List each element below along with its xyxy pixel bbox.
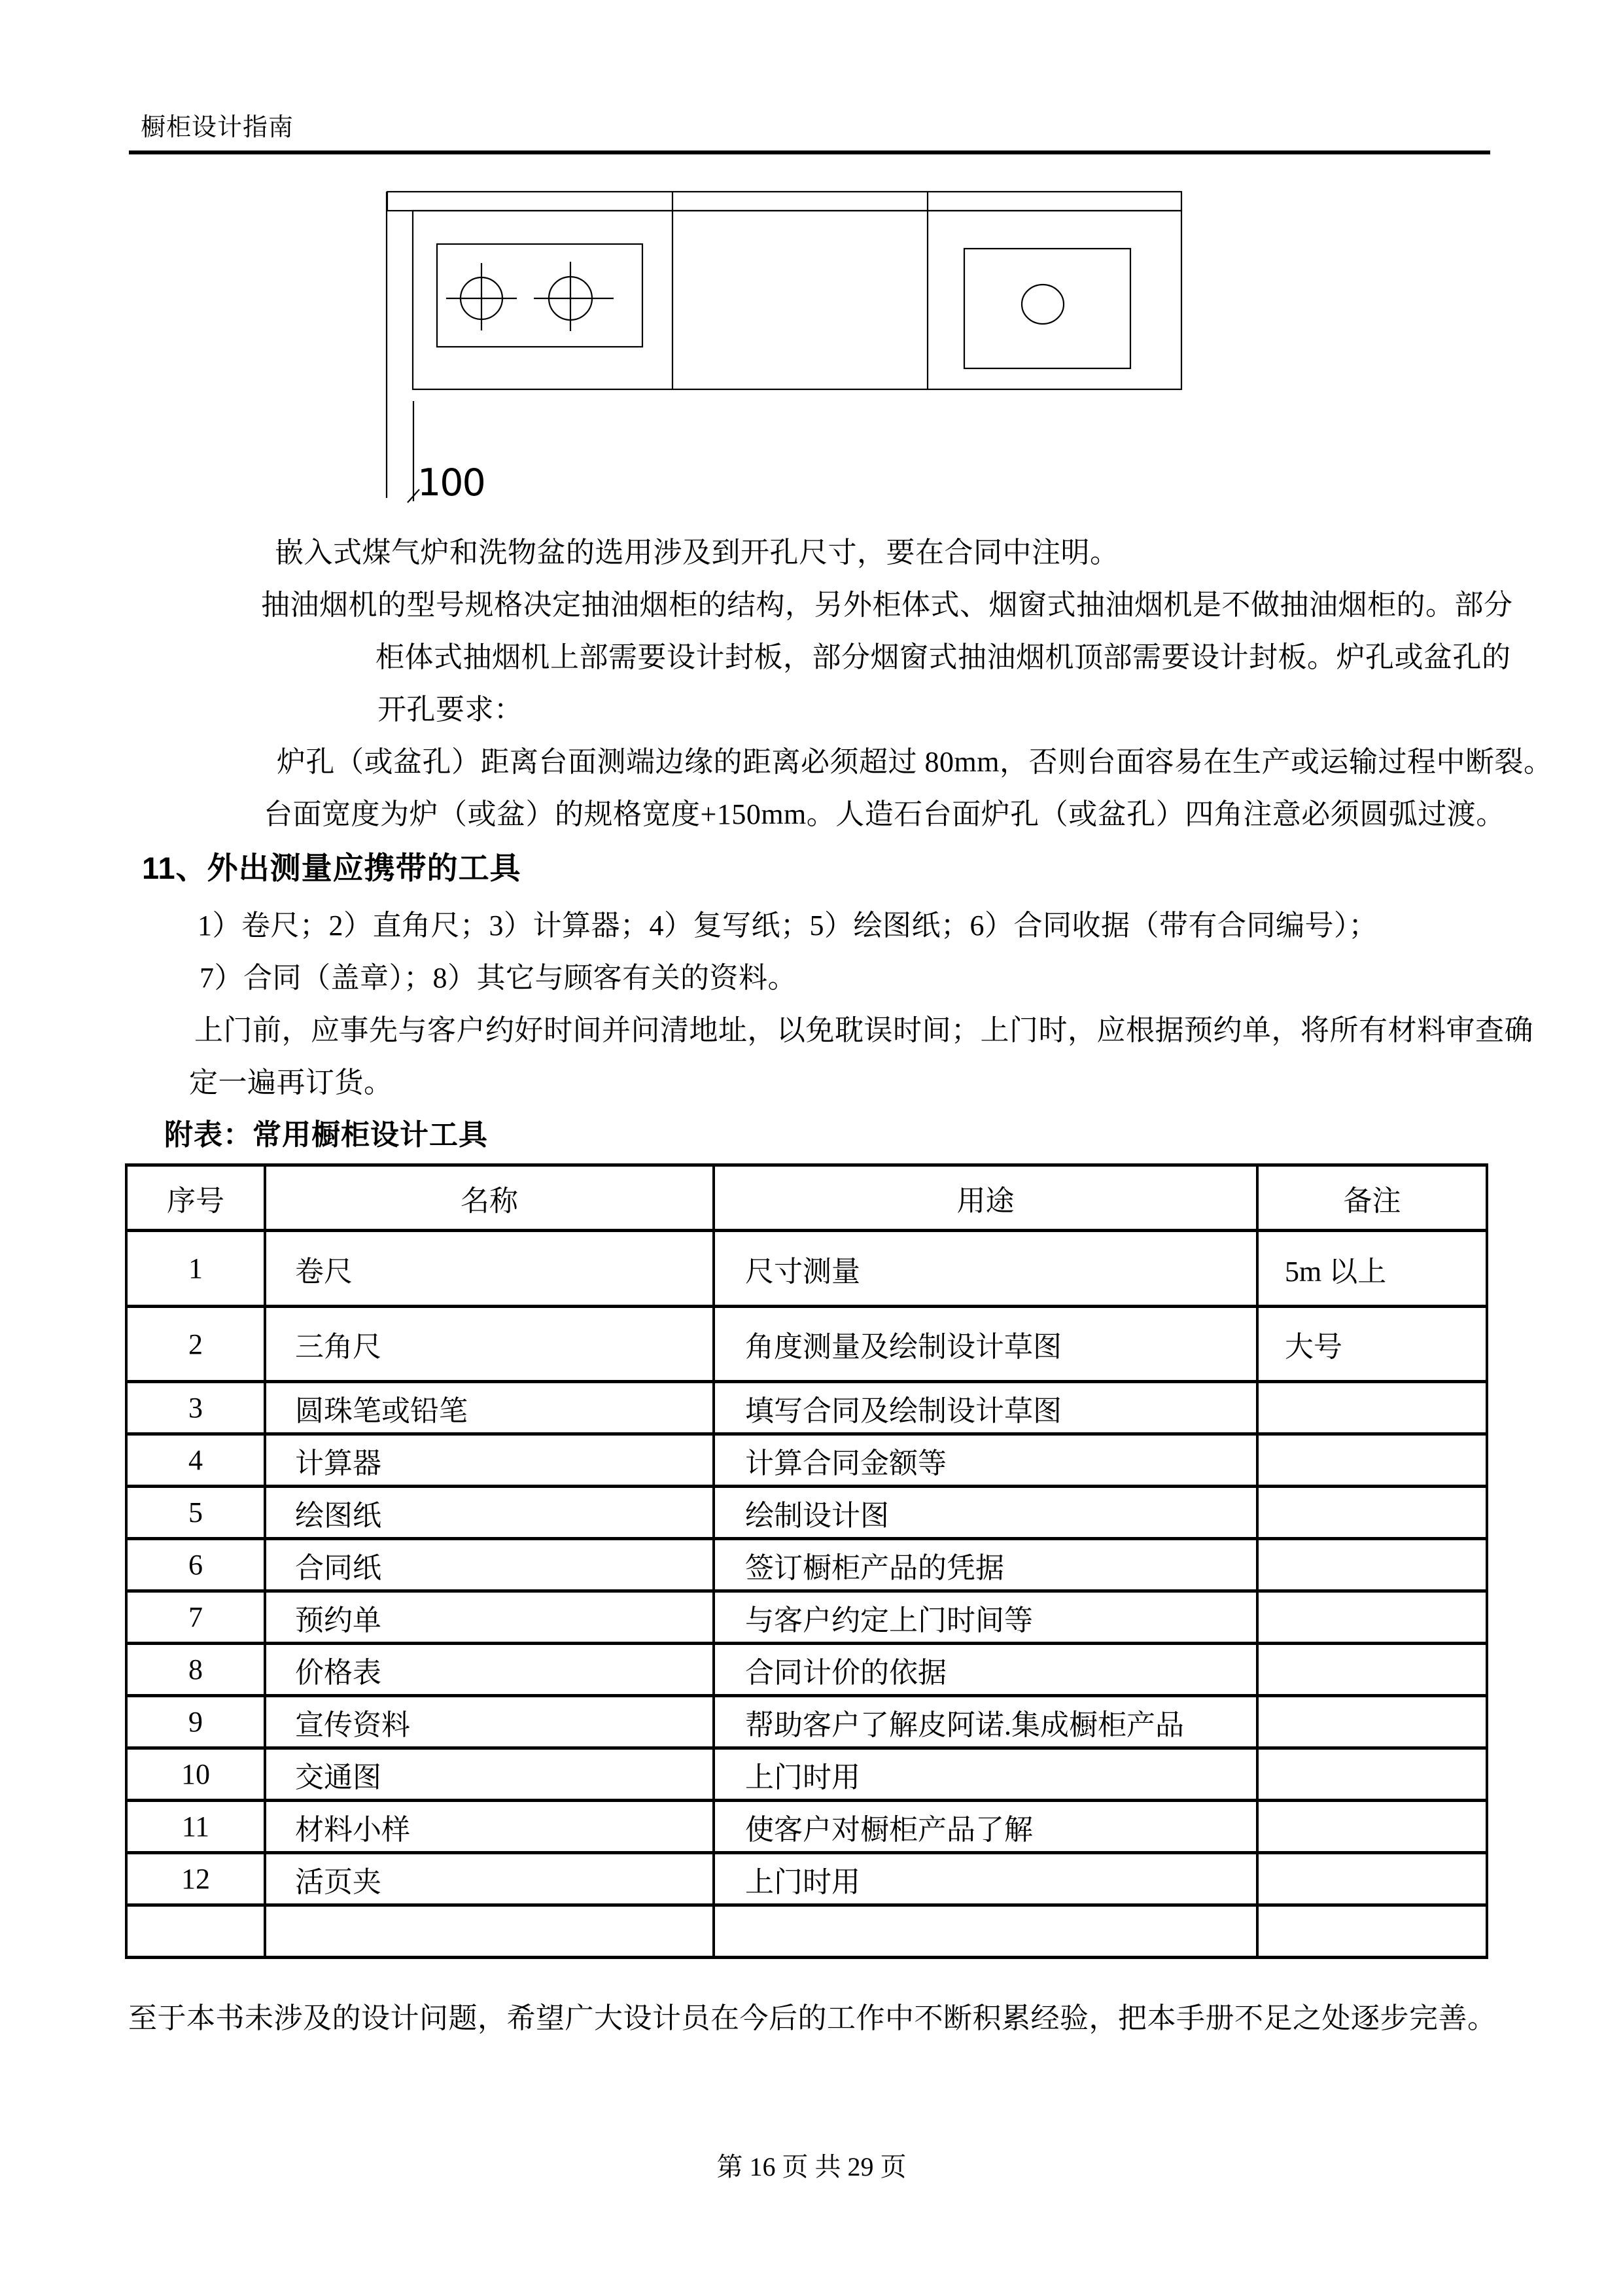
- header-rule: [129, 150, 1490, 154]
- table-cell: 填写合同及绘制设计草图: [714, 1382, 1257, 1434]
- table-cell: 与客户约定上门时间等: [714, 1591, 1257, 1644]
- table-row: 8价格表合同计价的依据: [126, 1644, 1487, 1696]
- table-cell: 签订橱柜产品的凭据: [714, 1539, 1257, 1591]
- table-row: 7预约单与客户约定上门时间等: [126, 1591, 1487, 1644]
- table-cell: 11: [126, 1801, 265, 1853]
- table-cell: 10: [126, 1748, 265, 1801]
- col-header-name: 名称: [265, 1165, 714, 1231]
- table-cell: [126, 1905, 265, 1958]
- table-cell: [265, 1905, 714, 1958]
- table-cell: 三角尺: [265, 1307, 714, 1382]
- table-row: [126, 1905, 1487, 1958]
- table-cell: 交通图: [265, 1748, 714, 1801]
- table-cell: [1257, 1905, 1487, 1958]
- table-row: 12活页夹上门时用: [126, 1853, 1487, 1905]
- body-line: 嵌入式煤气炉和洗物盆的选用涉及到开孔尺寸，要在合同中注明。: [275, 537, 1119, 570]
- body-line: 炉孔（或盆孔）距离台面测端边缘的距离必须超过 80mm，否则台面容易在生产或运输…: [277, 746, 1552, 779]
- stove-cutout-rect: [437, 244, 642, 347]
- table-cell: 5: [126, 1487, 265, 1539]
- tool-list-line: 1）卷尺；2）直角尺；3）计算器；4）复写纸；5）绘图纸；6）合同收据（带有合同…: [198, 910, 1378, 943]
- closing-line: 至于本书未涉及的设计问题，希望广大设计员在今后的工作中不断积累经验，把本手册不足…: [128, 2002, 1497, 2036]
- body-line: 台面宽度为炉（或盆）的规格宽度+150mm。人造石台面炉孔（或盆孔）四角注意必须…: [264, 798, 1505, 832]
- table-cell: 计算合同金额等: [714, 1434, 1257, 1487]
- table-cell: 尺寸测量: [714, 1231, 1257, 1307]
- table-cell: 宣传资料: [265, 1696, 714, 1748]
- table-row: 3圆珠笔或铅笔填写合同及绘制设计草图: [126, 1382, 1487, 1434]
- table-cell: 计算器: [265, 1434, 714, 1487]
- table-cell: [714, 1905, 1257, 1958]
- table-cell: 卷尺: [265, 1231, 714, 1307]
- sink-cutout-rect: [964, 249, 1130, 368]
- countertop-cutout-drawing: 100: [353, 177, 1217, 517]
- table-cell: [1257, 1696, 1487, 1748]
- table-row: 6合同纸签订橱柜产品的凭据: [126, 1539, 1487, 1591]
- page-footer: 第 16 页 共 29 页: [0, 2146, 1623, 2183]
- tools-table: 序号 名称 用途 备注 1卷尺尺寸测量5m 以上2三角尺角度测量及绘制设计草图大…: [125, 1163, 1488, 1959]
- table-cell: 角度测量及绘制设计草图: [714, 1307, 1257, 1382]
- table-cell: 12: [126, 1853, 265, 1905]
- col-header-index: 序号: [126, 1165, 265, 1231]
- table-cell: [1257, 1801, 1487, 1853]
- table-cell: 合同计价的依据: [714, 1644, 1257, 1696]
- col-header-remark: 备注: [1257, 1165, 1487, 1231]
- table-cell: 上门时用: [714, 1748, 1257, 1801]
- table-cell: 9: [126, 1696, 265, 1748]
- table-cell: 使客户对橱柜产品了解: [714, 1801, 1257, 1853]
- table-cell: 8: [126, 1644, 265, 1696]
- table-header-row: 序号 名称 用途 备注: [126, 1165, 1487, 1231]
- table-cell: [1257, 1487, 1487, 1539]
- table-cell: [1257, 1591, 1487, 1644]
- table-cell: 5m 以上: [1257, 1231, 1487, 1307]
- table-cell: [1257, 1644, 1487, 1696]
- table-cell: 绘制设计图: [714, 1487, 1257, 1539]
- table-cell: 2: [126, 1307, 265, 1382]
- table-cell: 帮助客户了解皮阿诺.集成橱柜产品: [714, 1696, 1257, 1748]
- table-row: 2三角尺角度测量及绘制设计草图大号: [126, 1307, 1487, 1382]
- table-cell: 3: [126, 1382, 265, 1434]
- document-page: 橱柜设计指南 100 嵌入式煤气炉和洗物盆的选用涉及到开孔尺寸，要在合同中注明。…: [0, 0, 1623, 2296]
- note-line: 上门前，应事先与客户约好时间并问清地址，以免耽误时间；上门时，应根据预约单，将所…: [194, 1014, 1533, 1048]
- table-row: 11材料小样使客户对橱柜产品了解: [126, 1801, 1487, 1853]
- table-cell: 绘图纸: [265, 1487, 714, 1539]
- table-row: 5绘图纸绘制设计图: [126, 1487, 1487, 1539]
- table-cell: [1257, 1539, 1487, 1591]
- table-cell: 4: [126, 1434, 265, 1487]
- table-row: 9宣传资料帮助客户了解皮阿诺.集成橱柜产品: [126, 1696, 1487, 1748]
- table-cell: 1: [126, 1231, 265, 1307]
- table-row: 10交通图上门时用: [126, 1748, 1487, 1801]
- body-line: 开孔要求：: [377, 694, 523, 727]
- table-cell: 合同纸: [265, 1539, 714, 1591]
- table-row: 1卷尺尺寸测量5m 以上: [126, 1231, 1487, 1307]
- body-line: 柜体式抽烟机上部需要设计封板，部分烟窗式抽油烟机顶部需要设计封板。炉孔或盆孔的: [375, 641, 1511, 675]
- dimension-label: 100: [417, 461, 485, 504]
- tool-list-line: 7）合同（盖章）；8）其它与顾客有关的资料。: [200, 962, 797, 995]
- table-row: 4计算器计算合同金额等: [126, 1434, 1487, 1487]
- table-cell: [1257, 1853, 1487, 1905]
- tools-table-body: 1卷尺尺寸测量5m 以上2三角尺角度测量及绘制设计草图大号3圆珠笔或铅笔填写合同…: [126, 1231, 1487, 1958]
- countertop-body: [413, 211, 1181, 389]
- table-cell: [1257, 1382, 1487, 1434]
- table-cell: 6: [126, 1539, 265, 1591]
- table-cell: [1257, 1748, 1487, 1801]
- table-cell: 7: [126, 1591, 265, 1644]
- table-cell: 价格表: [265, 1644, 714, 1696]
- sink-hole: [1022, 285, 1064, 324]
- page-header-title: 橱柜设计指南: [141, 114, 294, 143]
- table-cell: 活页夹: [265, 1853, 714, 1905]
- table-cell: 上门时用: [714, 1853, 1257, 1905]
- table-cell: 大号: [1257, 1307, 1487, 1382]
- section-heading: 11、外出测量应携带的工具: [142, 851, 521, 886]
- table-caption: 附表：常用橱柜设计工具: [164, 1119, 488, 1152]
- table-cell: [1257, 1434, 1487, 1487]
- table-cell: 圆珠笔或铅笔: [265, 1382, 714, 1434]
- table-cell: 材料小样: [265, 1801, 714, 1853]
- col-header-usage: 用途: [714, 1165, 1257, 1231]
- countertop-edge-strip: [387, 192, 1181, 211]
- table-cell: 预约单: [265, 1591, 714, 1644]
- body-line: 抽油烟机的型号规格决定抽油烟柜的结构，另外柜体式、烟窗式抽油烟机是不做抽油烟柜的…: [261, 589, 1513, 622]
- note-line: 定一遍再订货。: [189, 1067, 393, 1100]
